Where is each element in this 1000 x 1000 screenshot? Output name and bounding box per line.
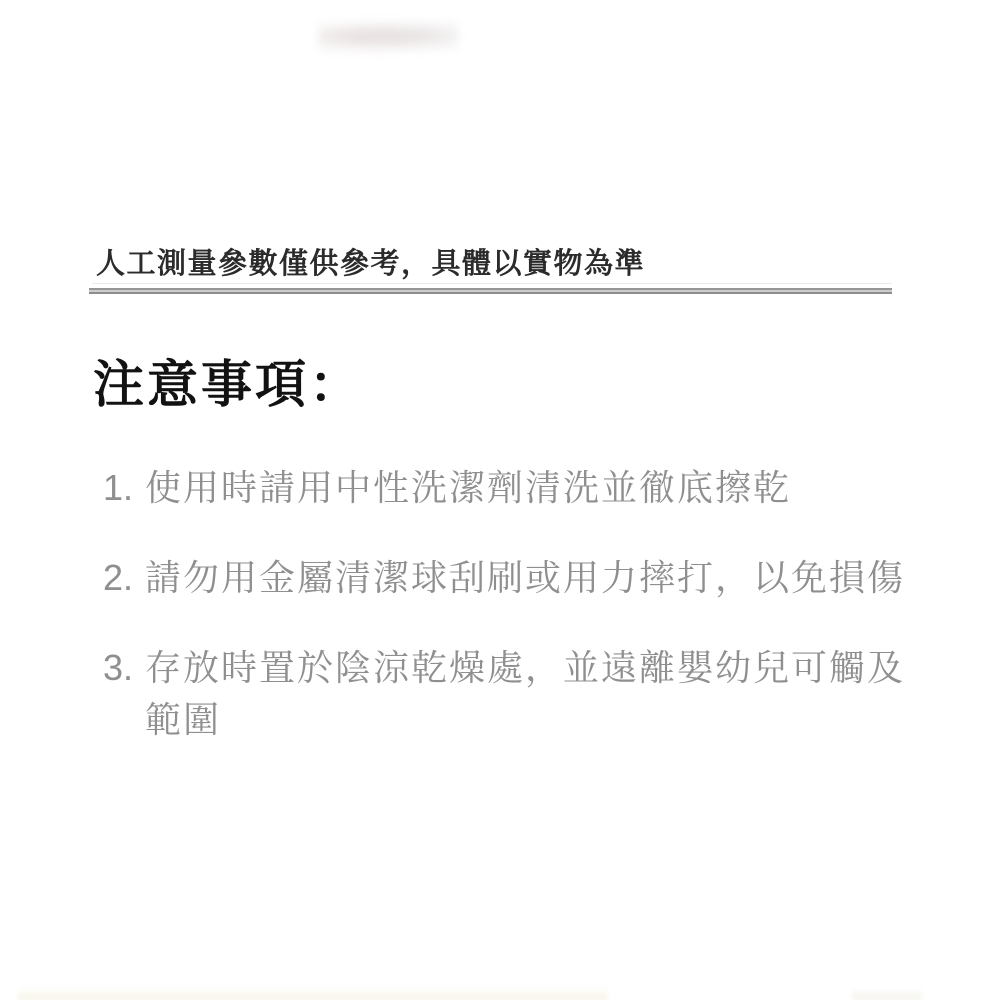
note-text: 使用時請用中性洗潔劑清洗並徹底擦乾 [145,462,927,514]
note-number: 2. [103,552,145,604]
faded-image-remnant-bottom-right [852,988,922,1000]
notes-list: 1. 使用時請用中性洗潔劑清洗並徹底擦乾 2. 請勿用金屬清潔球刮刷或用力摔打，… [103,462,927,784]
notice-heading: 注意事項： [93,343,363,417]
note-number: 1. [103,462,145,514]
divider-highlight-line [92,283,892,284]
faded-image-remnant-bottom [18,985,608,1000]
measurement-disclaimer-text: 人工測量參數僅供參考，具體以實物為準 [96,241,645,282]
note-text: 存放時置於陰涼乾燥處，並遠離嬰幼兒可觸及範圍 [145,642,927,746]
note-item-1: 1. 使用時請用中性洗潔劑清洗並徹底擦乾 [103,462,927,514]
note-item-3: 3. 存放時置於陰涼乾燥處，並遠離嬰幼兒可觸及範圍 [103,642,927,746]
divider-line [89,288,892,294]
note-text: 請勿用金屬清潔球刮刷或用力摔打，以免損傷 [145,552,927,604]
note-number: 3. [103,642,145,694]
note-item-2: 2. 請勿用金屬清潔球刮刷或用力摔打，以免損傷 [103,552,927,604]
product-notice-page: 人工測量參數僅供參考，具體以實物為準 注意事項： 1. 使用時請用中性洗潔劑清洗… [0,0,1000,1000]
faded-image-remnant-top [318,20,458,54]
